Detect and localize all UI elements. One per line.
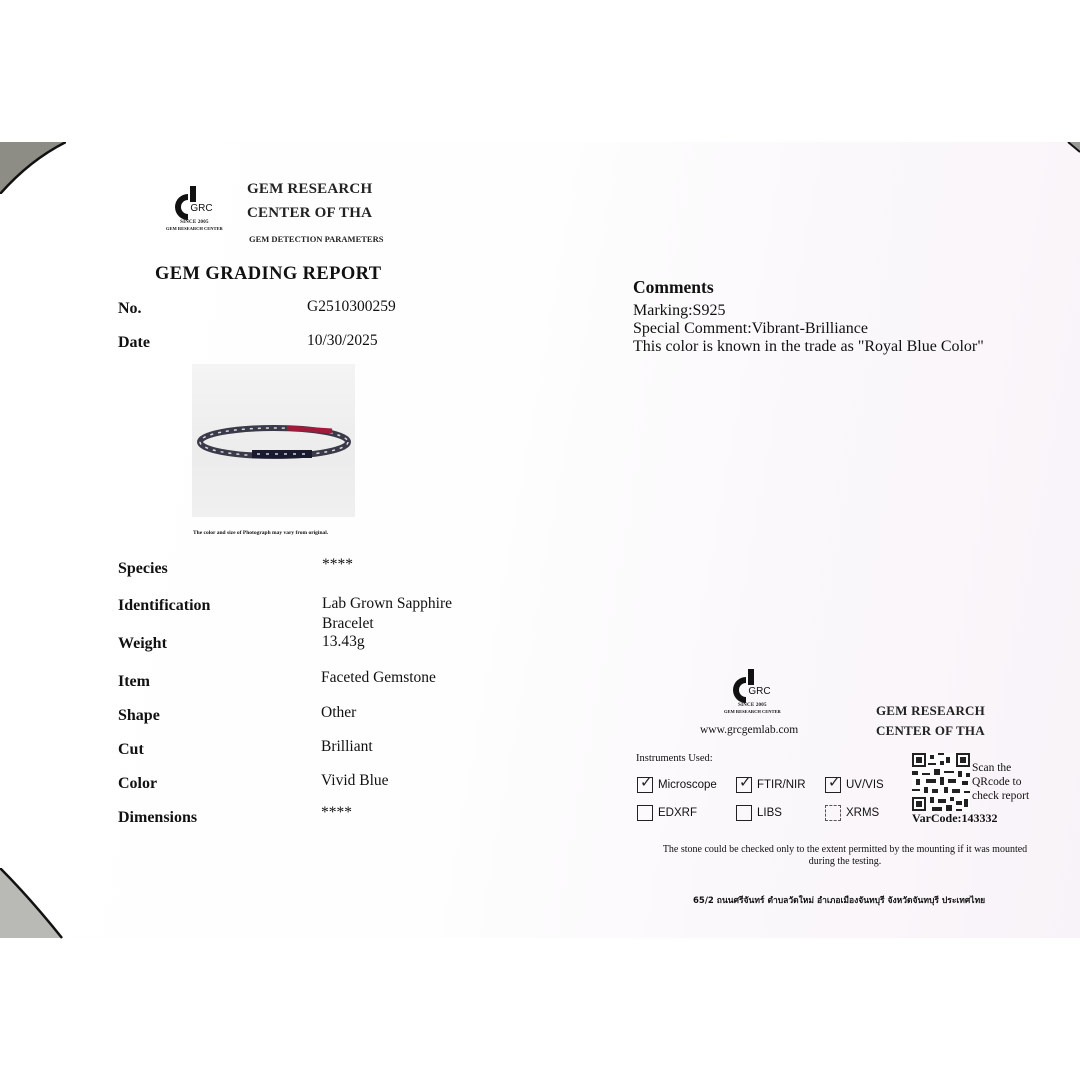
dimensions-label: Dimensions [118, 809, 197, 827]
comments-body: Marking:S925 Special Comment:Vibrant-Bri… [633, 302, 984, 356]
photo-corner-bottom-left [0, 868, 64, 940]
qr-code-icon[interactable] [912, 753, 970, 811]
weight-value: 13.43g [322, 633, 365, 651]
bracelet-photo [192, 364, 355, 517]
species-label: Species [118, 560, 168, 578]
org-name-line1: GEM RESEARCH [247, 177, 372, 201]
checkbox-unchecked-icon[interactable] [637, 805, 653, 821]
grc-logo-mark-icon: GRC [174, 186, 214, 220]
date-label: Date [118, 334, 150, 352]
footer-grc-logo: GRC SINCE 2005 GEM RESEARCH CENTER [724, 669, 781, 715]
comments-title: Comments [633, 277, 714, 298]
grc-logo: GRC SINCE 2005 GEM RESEARCH CENTER [166, 186, 223, 232]
checkbox-unchecked-icon[interactable] [825, 805, 841, 821]
cut-label: Cut [118, 741, 144, 759]
instrument-uv-vis[interactable]: ✓ UV/VIS [825, 777, 884, 793]
checkbox-checked-icon[interactable]: ✓ [825, 777, 841, 793]
item-label: Item [118, 673, 150, 691]
weight-label: Weight [118, 635, 167, 653]
org-name-line2: CENTER OF THA [247, 201, 372, 225]
photo-corner-top-left [0, 142, 66, 194]
item-value: Faceted Gemstone [321, 669, 436, 687]
instrument-libs[interactable]: LIBS [736, 805, 782, 821]
dimensions-value: **** [321, 804, 352, 822]
checkbox-checked-icon[interactable]: ✓ [736, 777, 752, 793]
color-value: Vivid Blue [321, 772, 389, 790]
shape-value: Other [321, 704, 356, 722]
footer-org-line1: GEM RESEARCH [876, 701, 985, 721]
checkbox-checked-icon[interactable]: ✓ [637, 777, 653, 793]
identification-label: Identification [118, 597, 210, 615]
instrument-ftir-nir[interactable]: ✓ FTIR/NIR [736, 777, 806, 793]
photo-corner-top-right [1066, 142, 1080, 156]
footer-org-line2: CENTER OF THA [876, 721, 985, 741]
instrument-xrms[interactable]: XRMS [825, 805, 879, 821]
website-link[interactable]: www.grcgemlab.com [700, 724, 798, 736]
comment-special: Special Comment:Vibrant-Brilliance [633, 320, 984, 338]
shape-label: Shape [118, 707, 160, 725]
instruments-title: Instruments Used: [636, 753, 713, 764]
number-label: No. [118, 300, 142, 318]
report-number: G2510300259 [307, 298, 396, 316]
comment-marking: Marking:S925 [633, 302, 984, 320]
photo-caption: The color and size of Photograph may var… [193, 530, 328, 536]
instrument-microscope[interactable]: ✓ Microscope [637, 777, 717, 793]
identification-value: Lab Grown Sapphire Bracelet [322, 594, 452, 634]
instrument-edxrf[interactable]: EDXRF [637, 805, 697, 821]
cut-value: Brilliant [321, 738, 373, 756]
grc-logo-mark-icon: GRC [732, 669, 772, 703]
comment-trade-color: This color is known in the trade as "Roy… [633, 338, 984, 356]
report-title: GEM GRADING REPORT [155, 264, 382, 285]
checkbox-unchecked-icon[interactable] [736, 805, 752, 821]
org-subtitle: GEM DETECTION PARAMETERS [249, 234, 383, 244]
color-label: Color [118, 775, 157, 793]
qr-instructions: Scan the QRcode to check report [972, 761, 1029, 803]
varcode: VarCode:143332 [912, 811, 998, 826]
address: 65/2 ถนนศรีจันทร์ ตำบลวัดใหม่ อำเภอเมือง… [693, 893, 985, 907]
disclaimer: The stone could be checked only to the e… [660, 844, 1030, 868]
report-date: 10/30/2025 [307, 332, 378, 350]
species-value: **** [322, 556, 353, 574]
